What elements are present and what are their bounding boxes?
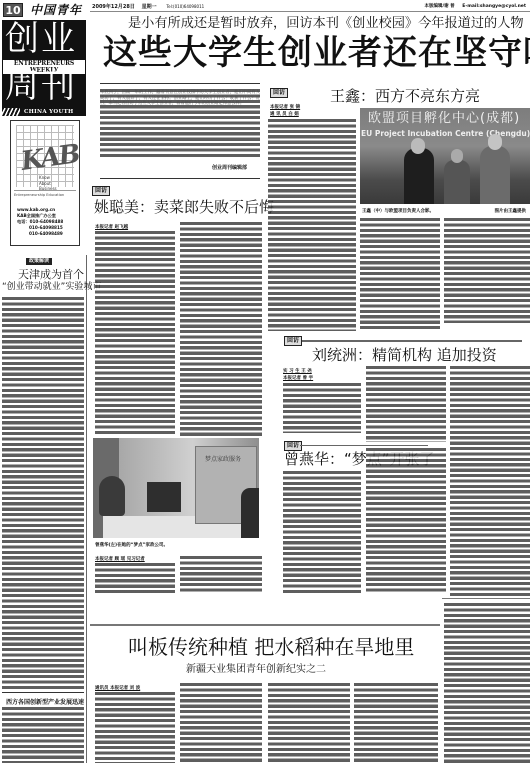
right-column-rule [442,598,530,599]
article2-caption: 王鑫（中）与欧盟项目负责人合影。 [362,208,434,214]
kab-sub: Entrepreneurship Education [14,193,64,197]
date-line: 2009年12月28日 星期一 Tel:(010)64098011 [92,3,204,10]
photo-poster-text: 梦点家政服务 [205,454,241,463]
article1-col1 [95,231,175,436]
main-headline: 这些大学生创业者还在坚守吗 [103,32,530,74]
kab-ad[interactable]: KAB Know About Business Entrepreneurship… [10,120,80,246]
article4-col1 [95,563,175,593]
article4-col3 [283,471,361,593]
editor-line: 本版编辑/谢 普 E-mail:shangye@cyol.net [424,3,526,9]
article3-rule [302,340,522,342]
article4-byline: 本报记者 顾 瑶 见习记者 [95,556,145,562]
bottom-feature-rule [90,624,440,626]
sidebar-tag: 政策解读 [26,258,52,265]
bottom-feature-col4 [354,683,438,763]
article4-col4 [366,448,446,593]
article2-headline: 王鑫：西方不亮东方亮 [330,86,480,106]
issue-weekday: 星期一 [142,4,157,10]
sidebar-bottom-headline: 西方各国创新型产业发展迅速 [6,697,84,706]
bottom-feature-col1 [95,692,175,763]
bottom-right-col [444,603,530,763]
article1-headline: 姚聪美：卖菜郎失败不后悔 [94,197,274,217]
header-rule [90,11,530,12]
article1-tag: 回访 [92,186,110,196]
sidebar-headline-2: “创业带动就业”实验城市 [2,282,101,293]
photo-person-mid-head [451,149,463,163]
photo-person-right-head [488,134,502,150]
paper-english-bar: CHINA YOUTH DAILY [2,108,86,116]
photo-person-left-head [411,138,425,154]
paper-english: CHINA YOUTH DAILY [24,108,86,116]
stripes-decoration [2,108,20,116]
bottom-feature-col3 [268,683,350,763]
article3-headline: 刘统洲：精简机构 追加投资 [312,345,497,365]
intro-rule-bottom [100,178,260,179]
kab-contact: www.kab.org.cn KAB全国推广办公室 电话：010-6409848… [17,207,63,237]
article4-col2 [180,556,262,593]
bottom-feature-subhead: 新疆天业集团青年创新纪实之二 [186,663,326,676]
photo-person-right [480,146,510,204]
photo-person-mid [444,160,470,204]
bottom-feature-byline: 通讯员 本报记者 刘 波 [95,685,140,691]
intro-text: 年底到了，回顾一年的工作，翻看刊登在创业校园中的大学生创业者，他们中间有人成功了… [100,89,260,159]
article2-col3 [444,218,530,323]
article3-byline-2: 本报记者 曾 宇 [283,375,313,381]
article4-photo: 梦点家政服务 [93,438,259,538]
section-title-line2: 周刊 [5,66,77,106]
sidebar-bottom-body [2,707,84,763]
section-title-block: 创业 ENTREPRENEURS WEEKLY 周刊 [2,20,86,108]
kab-phone-3: 010-64098489 [17,231,63,237]
section-title-line1: 创业 [5,20,77,58]
article2-photo: 欧盟项目孵化中心(成都) EU Project Incubation Centr… [360,108,530,204]
sidebar-bottom-rule [2,692,84,693]
intro-rule-top [100,83,260,84]
editor-info: 本版编辑/谢 普 [424,4,454,9]
article2-photo-credit: 图片由王鑫提供 [495,208,527,214]
issue-date: 2009年12月28日 [92,4,135,10]
article1-byline: 本报记者 赵飞越 [95,224,128,230]
article2-col2 [360,218,440,331]
article3-tag: 回访 [284,336,302,346]
photo-woman [99,476,125,516]
photo-sign-english: EU Project Incubation Centre (Chengdu) [361,129,530,138]
photo-monitor [147,482,181,512]
intro-sign: 创业周刊编辑部 [212,164,247,171]
sidebar-vertical-rule [86,255,87,763]
article1-col2 [180,222,262,437]
article3-col1 [283,383,361,433]
photo-sign-chinese: 欧盟项目孵化中心(成都) [368,111,520,127]
article2-byline-2: 通 讯 员 白 娟 [270,111,299,117]
article4-caption: 曾燕华(左)在她的“梦点”家政公司。 [95,542,168,548]
masthead-block: 10 中国青年报 创业 ENTREPRENEURS WEEKLY 周刊 CHIN… [0,0,88,110]
bottom-feature-col2 [180,683,262,763]
phone-number: Tel:(010)64098011 [166,4,204,9]
kab-divider [14,190,76,191]
article2-tag: 回访 [270,88,288,98]
editor-email[interactable]: E-mail:shangye@cyol.net [462,4,526,9]
bottom-feature-headline: 叫板传统种植 把水稻种在旱地里 [128,634,414,660]
article2-byline-1: 本报记者 张 锦 [270,104,300,110]
page-number: 10 [3,3,23,17]
main-kicker: 是小有所成还是暂时放弃，回访本刊《创业校园》今年报道过的人物 [128,15,524,33]
sidebar-headline-1: 天津成为首个 [18,268,84,281]
article2-col1 [268,119,356,331]
article3-byline-1: 实 习 生 王 尧 [283,368,312,374]
sidebar-body [2,297,84,689]
article3-col3 [450,366,530,596]
photo-person-left [404,148,434,204]
photo-man [241,488,259,538]
article4-rule [300,445,428,446]
article3-col2 [366,366,446,442]
